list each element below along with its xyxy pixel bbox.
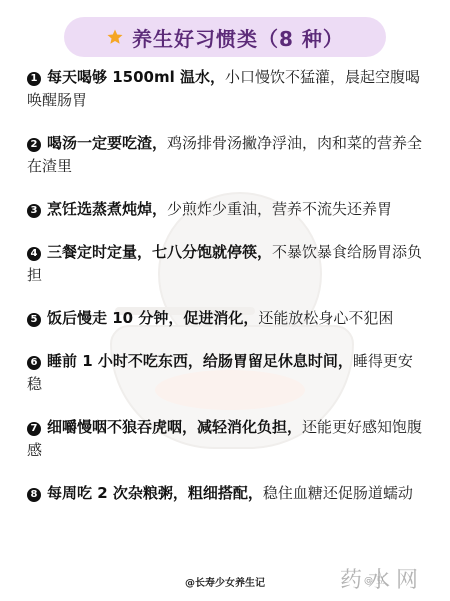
item-highlight: 细嚼慢咽不狼吞虎咽，减轻消化负担， xyxy=(47,418,302,436)
item-detail: 少煎炸少重油，营养不流失还养胃 xyxy=(167,200,392,218)
list-item: 6睡前 1 小时不吃东西，给肠胃留足休息时间，睡得更安稳 xyxy=(27,350,427,396)
list-item: 4三餐定时定量，七八分饱就停筷，不暴饮暴食给肠胃添负担 xyxy=(27,241,427,287)
item-highlight: 每周吃 2 次杂粮粥，粗细搭配， xyxy=(47,484,263,502)
item-highlight: 三餐定时定量，七八分饱就停筷， xyxy=(47,243,272,261)
number-badge: 4 xyxy=(27,247,41,261)
item-highlight: 饭后慢走 10 分钟，促进消化， xyxy=(47,309,258,327)
list-item: 8每周吃 2 次杂粮粥，粗细搭配，稳住血糖还促肠道蠕动 xyxy=(27,482,427,505)
number-badge: 7 xyxy=(27,422,41,436)
list-item: 3烹饪选蒸煮炖焯，少煎炸少重油，营养不流失还养胃 xyxy=(27,198,427,221)
list-item: 2喝汤一定要吃渣，鸡汤排骨汤撇净浮油，肉和菜的营养全在渣里 xyxy=(27,132,427,178)
title-banner: 养生好习惯类（8 种） xyxy=(64,17,386,57)
item-detail: 还能放松身心不犯困 xyxy=(258,309,393,327)
number-badge: 5 xyxy=(27,313,41,327)
number-badge: 8 xyxy=(27,488,41,502)
item-detail: 稳住血糖还促肠道蠕动 xyxy=(263,484,413,502)
item-highlight: 睡前 1 小时不吃东西，给肠胃留足休息时间， xyxy=(47,352,353,370)
item-highlight: 每天喝够 1500ml 温水， xyxy=(47,68,225,86)
item-highlight: 烹饪选蒸煮炖焯， xyxy=(47,200,167,218)
list-item: 1每天喝够 1500ml 温水，小口慢饮不猛灌，晨起空腹喝唤醒肠胃 xyxy=(27,66,427,112)
number-badge: 3 xyxy=(27,204,41,218)
item-highlight: 喝汤一定要吃渣， xyxy=(47,134,167,152)
habit-list: 1每天喝够 1500ml 温水，小口慢饮不猛灌，晨起空腹喝唤醒肠胃 2喝汤一定要… xyxy=(27,66,427,525)
number-badge: 6 xyxy=(27,356,41,370)
number-badge: 1 xyxy=(27,72,41,86)
star-icon xyxy=(106,28,124,46)
watermark-handle: @ 豆 xyxy=(364,573,385,586)
list-item: 5饭后慢走 10 分钟，促进消化，还能放松身心不犯困 xyxy=(27,307,427,330)
number-badge: 2 xyxy=(27,138,41,152)
page-title: 养生好习惯类（8 种） xyxy=(132,23,344,52)
list-item: 7细嚼慢咽不狼吞虎咽，减轻消化负担，还能更好感知饱腹感 xyxy=(27,416,427,462)
